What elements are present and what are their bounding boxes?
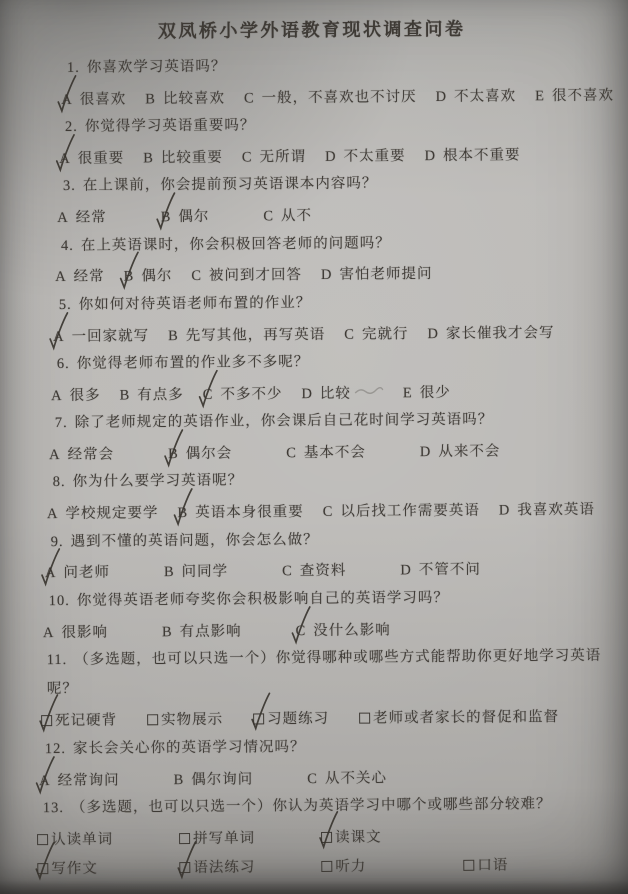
question-block: 8.你为什么要学习英语呢？ A学校规定要学B英语本身很重要C以后找工作需要英语D… xyxy=(20,464,610,528)
option-letter: B xyxy=(162,624,173,641)
option-letter: A xyxy=(51,388,63,405)
answer-option: C被问到才回答 xyxy=(191,264,302,286)
option-text: 偶尔 xyxy=(141,269,172,285)
question-text: （多选题，也可以只选一个）你认为英语学习中哪个或哪些部分较难？ xyxy=(71,796,552,816)
answer-option: B有点多 xyxy=(119,383,183,405)
checkbox-icon xyxy=(37,834,48,845)
option-row: A问老师B问同学C查资料D不管不问 xyxy=(45,553,611,587)
option-text: 比较重要 xyxy=(161,150,223,166)
option-letter: E xyxy=(403,385,413,402)
option-text: 英语本身很重要 xyxy=(195,504,304,521)
option-letter: B xyxy=(143,150,154,167)
option-letter: A xyxy=(55,269,67,286)
option-letter: C xyxy=(282,564,293,581)
option-letter: C xyxy=(263,209,274,226)
option-row: A很重要B比较重要C无所谓D不太重要D根本不重要 xyxy=(59,138,608,172)
answer-option: A经常 xyxy=(55,265,105,286)
question-block: 7.除了老师规定的英语作业，你会课后自己花时间学习英语吗？ A经常会B偶尔会C基… xyxy=(20,405,610,469)
option-letter: D xyxy=(427,326,439,343)
answer-option: B先写其他，再写英语 xyxy=(168,323,325,345)
option-text: 家长催我才会写 xyxy=(446,325,555,342)
question-text: （多选题，也可以只选一个）你觉得哪种或哪些方式能帮助你更好地学习英语呢？ xyxy=(47,648,601,698)
answer-option: A一回家就写 xyxy=(53,324,149,346)
checkbox-option: 口语 xyxy=(463,853,605,875)
option-text: 很喜欢 xyxy=(80,91,127,107)
option-lines: 认读单词拼写单词读课文写作文语法练习听力口语 xyxy=(43,819,613,883)
question-line: 7.除了老师规定的英语作业，你会课后自己花时间学习英语吗？ xyxy=(55,405,610,439)
answer-option: E很不喜欢 xyxy=(535,84,614,106)
answer-option: A经常 xyxy=(57,206,107,227)
option-letter: C xyxy=(242,150,253,167)
option-letter: D xyxy=(499,503,511,520)
option-text: 认读单词 xyxy=(51,831,113,847)
option-text: 一回家就写 xyxy=(72,328,150,345)
answer-option: D根本不重要 xyxy=(424,143,520,165)
faint-pen-scribble xyxy=(354,385,384,395)
answer-option: C无所谓 xyxy=(242,145,306,167)
questionnaire-page: 双凤桥小学外语教育现状调查问卷 1.你喜欢学习英语吗？ A很喜欢B比较喜欢C一般… xyxy=(0,0,628,894)
option-text: 有点影响 xyxy=(180,623,242,639)
option-letter: A xyxy=(39,773,51,790)
answer-option: C完就行 xyxy=(344,322,408,344)
answer-option: A很多 xyxy=(51,384,101,405)
question-block: 3.在上课前，你会提前预习英语课本内容吗？ A经常B偶尔C从不 xyxy=(18,168,608,232)
question-text: 在上英语课时，你会积极回答老师的问题吗？ xyxy=(81,235,391,253)
option-text: 不管不问 xyxy=(419,562,481,578)
option-letter: E xyxy=(535,88,545,105)
checkbox-icon xyxy=(41,715,52,726)
question-text: 你觉得学习英语重要吗？ xyxy=(85,118,256,135)
option-letter: A xyxy=(43,625,55,642)
answer-option: B偶尔会 xyxy=(168,442,232,464)
option-letter: A xyxy=(49,447,61,464)
answer-option: A经常会 xyxy=(49,443,114,465)
option-letter: A xyxy=(53,329,65,346)
option-text: 很影响 xyxy=(61,624,108,640)
question-block: 9.遇到不懂的英语问题，你会怎么做？ A问老师B问同学C查资料D不管不问 xyxy=(21,523,611,587)
question-line: 2.你觉得学习英语重要吗？ xyxy=(65,109,608,143)
option-text: 完就行 xyxy=(362,326,409,342)
option-lines: A经常B偶尔C被问到才回答D害怕老师提问 xyxy=(61,257,609,291)
question-line: 12.家长会关心你的英语学习情况吗？ xyxy=(45,730,613,764)
question-block: 12.家长会关心你的英语学习情况吗？ A经常询问B偶尔询问C从不关心 xyxy=(22,730,612,794)
checkbox-icon xyxy=(321,832,332,843)
option-text: 不太喜欢 xyxy=(454,88,516,104)
question-text: 家长会关心你的英语学习情况吗？ xyxy=(73,739,306,757)
option-row: 认读单词拼写单词读课文 xyxy=(37,819,613,853)
option-lines: A很多B有点多C不多不少D比较E很少 xyxy=(57,375,610,409)
option-text: 有点多 xyxy=(137,387,184,403)
question-line: 1.你喜欢学习英语吗？ xyxy=(67,50,607,84)
checkbox-icon xyxy=(179,833,190,844)
answer-option: B偶尔询问 xyxy=(173,767,253,789)
answer-option: A学校规定要学 xyxy=(47,501,159,523)
option-letter: C xyxy=(307,771,318,788)
answer-option: C查资料 xyxy=(282,559,346,581)
option-letter: D xyxy=(420,444,432,461)
question-number: 9. xyxy=(51,533,64,549)
option-text: 很多 xyxy=(70,388,101,404)
option-letter: B xyxy=(174,772,185,789)
option-text: 害怕老师提问 xyxy=(339,267,432,284)
answer-option: E很少 xyxy=(403,381,451,402)
option-row: A经常B偶尔C从不 xyxy=(57,198,608,232)
question-line: 4.在上英语课时，你会积极回答老师的问题吗？ xyxy=(61,227,609,261)
question-text: 你觉得英语老师夸奖你会积极影响自己的英语学习吗？ xyxy=(77,590,449,609)
option-text: 经常 xyxy=(76,210,107,226)
question-block: 6.你觉得老师布置的作业多不多呢？ A很多B有点多C不多不少D比较E很少 xyxy=(19,346,609,410)
question-text: 除了老师规定的英语作业，你会课后自己花时间学习英语吗？ xyxy=(75,412,494,431)
option-lines: A很重要B比较重要C无所谓D不太重要D根本不重要 xyxy=(65,138,608,172)
question-line: 6.你觉得老师布置的作业多不多呢？ xyxy=(57,346,610,380)
option-letter: D xyxy=(325,149,337,166)
answer-option: C基本不会 xyxy=(286,441,366,463)
option-letter: A xyxy=(59,151,71,168)
option-row: A经常询问B偶尔询问C从不关心 xyxy=(39,760,613,794)
question-block: 11.（多选题，也可以只选一个）你觉得哪种或哪些方式能帮助你更好地学习英语呢？ … xyxy=(22,642,613,735)
option-letter: A xyxy=(61,92,73,109)
option-text: 比较喜欢 xyxy=(163,91,225,107)
checkbox-option: 习题练习 xyxy=(253,707,329,729)
question-block: 4.在上英语课时，你会积极回答老师的问题吗？ A经常B偶尔C被问到才回答D害怕老… xyxy=(18,227,608,291)
answer-option: D不太喜欢 xyxy=(435,84,516,106)
option-lines: A经常B偶尔C从不 xyxy=(63,198,608,232)
question-line: 9.遇到不懂的英语问题，你会怎么做？ xyxy=(51,523,611,557)
option-letter: B xyxy=(120,387,131,404)
answer-option: C没什么影响 xyxy=(296,618,391,640)
option-text: 问同学 xyxy=(182,564,229,580)
checkbox-option: 拼写单词 xyxy=(179,826,321,848)
option-row: 死记硬背实物展示习题练习老师或者家长的督促和监督 xyxy=(41,701,612,735)
option-letter: D xyxy=(321,267,333,284)
option-text: 经常 xyxy=(74,269,105,285)
option-text: 无所谓 xyxy=(259,149,306,165)
question-line: 13.（多选题，也可以只选一个）你认为英语学习中哪个或哪些部分较难？ xyxy=(43,790,613,824)
option-letter: B xyxy=(168,446,179,463)
answer-option: C以后找工作需要英语 xyxy=(323,499,480,521)
option-text: 实物展示 xyxy=(161,712,223,728)
question-line: 5.你如何对待英语老师布置的作业？ xyxy=(59,286,609,320)
answer-option: B比较喜欢 xyxy=(145,87,225,109)
option-text: 从不 xyxy=(281,208,312,224)
option-text: 很少 xyxy=(420,385,451,401)
option-text: 老师或者家长的督促和监督 xyxy=(373,709,559,726)
option-letter: B xyxy=(168,328,179,345)
question-block: 10.你觉得英语老师夸奖你会积极影响自己的英语学习吗？ A很影响B有点影响C没什… xyxy=(21,582,611,646)
option-text: 学校规定要学 xyxy=(65,505,158,522)
checkbox-option: 死记硬背 xyxy=(41,709,117,731)
option-text: 语法练习 xyxy=(193,860,255,876)
option-letter: C xyxy=(323,504,334,521)
question-number: 5. xyxy=(59,297,72,313)
answer-option: B偶尔 xyxy=(161,205,210,226)
answer-option: C从不 xyxy=(263,204,312,225)
question-block: 5.你如何对待英语老师布置的作业？ A一回家就写B先写其他，再写英语C完就行D家… xyxy=(19,286,609,350)
option-letter: D xyxy=(400,563,412,580)
option-text: 经常询问 xyxy=(58,772,120,788)
option-letter: D xyxy=(436,89,448,106)
answer-option: B问同学 xyxy=(164,560,228,582)
answer-option: D我喜欢英语 xyxy=(499,498,595,520)
questionnaire-photo: 双凤桥小学外语教育现状调查问卷 1.你喜欢学习英语吗？ A很喜欢B比较喜欢C一般… xyxy=(0,0,628,894)
option-letter: A xyxy=(45,565,57,582)
checkbox-icon xyxy=(179,862,190,873)
question-block: 13.（多选题，也可以只选一个）你认为英语学习中哪个或哪些部分较难？ 认读单词拼… xyxy=(23,790,614,883)
option-text: 不太重要 xyxy=(343,148,405,164)
answer-option: B偶尔 xyxy=(124,265,173,286)
answer-option: D害怕老师提问 xyxy=(321,263,433,285)
option-letter: C xyxy=(344,326,355,343)
answer-option: A很喜欢 xyxy=(61,87,126,109)
answer-option: D不管不问 xyxy=(400,558,481,580)
option-text: 基本不会 xyxy=(304,445,366,461)
checkbox-option: 写作文 xyxy=(37,856,179,878)
answer-option: B英语本身很重要 xyxy=(177,500,303,522)
checkbox-icon xyxy=(37,863,48,874)
option-letter: D xyxy=(301,386,313,403)
option-lines: 死记硬背实物展示习题练习老师或者家长的督促和监督 xyxy=(47,701,612,735)
option-row: 写作文语法练习听力口语 xyxy=(37,849,613,883)
question-number: 1. xyxy=(67,60,80,76)
question-text: 在上课前，你会提前预习英语课本内容吗？ xyxy=(83,176,378,194)
option-text: 一般，不喜欢也不讨厌 xyxy=(262,89,417,106)
answer-option: A很影响 xyxy=(43,620,108,642)
question-list: 1.你喜欢学习英语吗？ A很喜欢B比较喜欢C一般，不喜欢也不讨厌D不太喜欢E很不… xyxy=(17,50,613,883)
question-text: 你如何对待英语老师布置的作业？ xyxy=(79,295,312,313)
answer-option: D家长催我才会写 xyxy=(427,321,554,343)
checkbox-icon xyxy=(147,715,158,726)
question-block: 1.你喜欢学习英语吗？ A很喜欢B比较喜欢C一般，不喜欢也不讨厌D不太喜欢E很不… xyxy=(17,50,607,114)
option-text: 查资料 xyxy=(300,563,347,579)
option-lines: A很喜欢B比较喜欢C一般，不喜欢也不讨厌D不太喜欢E很不喜欢 xyxy=(67,79,607,113)
option-text: 死记硬背 xyxy=(55,713,117,729)
option-text: 比较 xyxy=(320,386,351,402)
option-text: 偶尔会 xyxy=(186,446,233,462)
question-block: 2.你觉得学习英语重要吗？ A很重要B比较重要C无所谓D不太重要D根本不重要 xyxy=(17,109,607,173)
question-text: 遇到不懂的英语问题，你会怎么做？ xyxy=(71,531,319,549)
question-number: 11. xyxy=(47,652,68,668)
option-text: 习题练习 xyxy=(267,711,329,727)
option-row: A经常B偶尔C被问到才回答D害怕老师提问 xyxy=(55,257,609,291)
option-letter: B xyxy=(124,269,135,286)
question-text: 你觉得老师布置的作业多不多呢？ xyxy=(77,354,310,372)
option-text: 从不关心 xyxy=(325,770,387,786)
answer-option: A经常询问 xyxy=(39,768,120,790)
question-number: 4. xyxy=(61,237,74,253)
option-lines: A问老师B问同学C查资料D不管不问 xyxy=(51,553,611,587)
checkbox-option: 读课文 xyxy=(321,825,463,847)
option-lines: A学校规定要学B英语本身很重要C以后找工作需要英语D我喜欢英语 xyxy=(53,494,611,528)
question-text: 你喜欢学习英语吗？ xyxy=(87,59,227,76)
option-letter: B xyxy=(164,564,175,581)
answer-option: C从不关心 xyxy=(307,766,387,788)
option-text: 很重要 xyxy=(78,151,125,167)
option-letter: B xyxy=(177,505,188,522)
option-text: 以后找工作需要英语 xyxy=(340,503,480,520)
option-lines: A一回家就写B先写其他，再写英语C完就行D家长催我才会写 xyxy=(59,316,609,350)
answer-option: B有点影响 xyxy=(162,619,242,641)
option-letter: C xyxy=(244,90,255,107)
option-text: 没什么影响 xyxy=(313,622,391,639)
checkbox-icon xyxy=(359,713,370,724)
page-title: 双凤桥小学外语教育现状调查问卷 xyxy=(17,11,607,50)
option-text: 根本不重要 xyxy=(443,147,521,164)
option-lines: A经常询问B偶尔询问C从不关心 xyxy=(45,760,613,794)
option-text: 经常会 xyxy=(67,447,114,463)
question-number: 6. xyxy=(57,356,70,372)
checkbox-option: 实物展示 xyxy=(147,708,223,730)
option-letter: A xyxy=(57,210,69,227)
option-letter: B xyxy=(145,91,156,108)
question-line: 8.你为什么要学习英语呢？ xyxy=(53,464,611,498)
option-text: 写作文 xyxy=(51,861,98,877)
option-text: 拼写单词 xyxy=(193,830,255,846)
option-text: 问老师 xyxy=(63,565,110,581)
option-text: 不多不少 xyxy=(220,386,282,402)
checkbox-option: 听力 xyxy=(321,854,463,876)
question-number: 8. xyxy=(53,474,66,490)
option-text: 从来不会 xyxy=(438,444,500,460)
option-row: A学校规定要学B英语本身很重要C以后找工作需要英语D我喜欢英语 xyxy=(47,494,611,528)
question-number: 3. xyxy=(63,178,76,194)
option-text: 被问到才回答 xyxy=(209,268,302,285)
option-text: 很不喜欢 xyxy=(552,88,614,104)
option-text: 听力 xyxy=(335,859,366,875)
checkbox-option: 老师或者家长的督促和监督 xyxy=(359,705,559,728)
option-row: A很多B有点多C不多不少D比较E很少 xyxy=(51,375,610,409)
option-text: 我喜欢英语 xyxy=(517,502,595,519)
question-number: 2. xyxy=(65,119,78,135)
option-lines: A经常会B偶尔会C基本不会D从来不会 xyxy=(55,434,610,468)
option-letter: C xyxy=(296,623,307,640)
option-letter: A xyxy=(47,506,59,523)
checkbox-icon xyxy=(321,861,332,872)
option-text: 偶尔询问 xyxy=(191,771,253,787)
checkbox-option: 语法练习 xyxy=(179,855,321,877)
option-lines: A很影响B有点影响C没什么影响 xyxy=(49,612,612,646)
question-number: 13. xyxy=(43,800,64,816)
option-row: A一回家就写B先写其他，再写英语C完就行D家长催我才会写 xyxy=(53,316,609,350)
answer-option: A很重要 xyxy=(59,147,124,169)
option-text: 偶尔 xyxy=(178,209,209,225)
question-number: 12. xyxy=(45,741,66,757)
question-number: 7. xyxy=(55,415,68,431)
answer-option: A问老师 xyxy=(45,561,110,583)
answer-option: D不太重要 xyxy=(325,144,406,166)
checkbox-icon xyxy=(253,714,264,725)
option-row: A很影响B有点影响C没什么影响 xyxy=(43,612,612,646)
answer-option: D从来不会 xyxy=(420,440,501,462)
option-text: 读课文 xyxy=(335,829,382,845)
checkbox-icon xyxy=(463,860,474,871)
question-number: 10. xyxy=(49,593,70,609)
option-text: 先写其他，再写英语 xyxy=(186,327,326,344)
answer-option: B比较重要 xyxy=(143,146,223,168)
answer-option: C不多不少 xyxy=(203,382,283,404)
option-letter: D xyxy=(424,148,436,165)
option-text: 口语 xyxy=(477,858,508,874)
answer-option: D比较 xyxy=(301,381,384,403)
answer-option: C一般，不喜欢也不讨厌 xyxy=(244,85,417,107)
checkbox-option: 认读单词 xyxy=(37,827,179,849)
option-row: A很喜欢B比较喜欢C一般，不喜欢也不讨厌D不太喜欢E很不喜欢 xyxy=(61,79,607,113)
option-letter: B xyxy=(161,209,172,226)
question-line: 11.（多选题，也可以只选一个）你觉得哪种或哪些方式能帮助你更好地学习英语呢？ xyxy=(47,642,612,706)
question-text: 你为什么要学习英语呢？ xyxy=(73,473,244,490)
option-letter: C xyxy=(203,387,214,404)
option-letter: C xyxy=(286,445,297,462)
question-line: 3.在上课前，你会提前预习英语课本内容吗？ xyxy=(63,168,608,202)
option-letter: C xyxy=(191,268,202,285)
question-line: 10.你觉得英语老师夸奖你会积极影响自己的英语学习吗？ xyxy=(49,582,612,616)
option-row: A经常会B偶尔会C基本不会D从来不会 xyxy=(49,434,610,468)
